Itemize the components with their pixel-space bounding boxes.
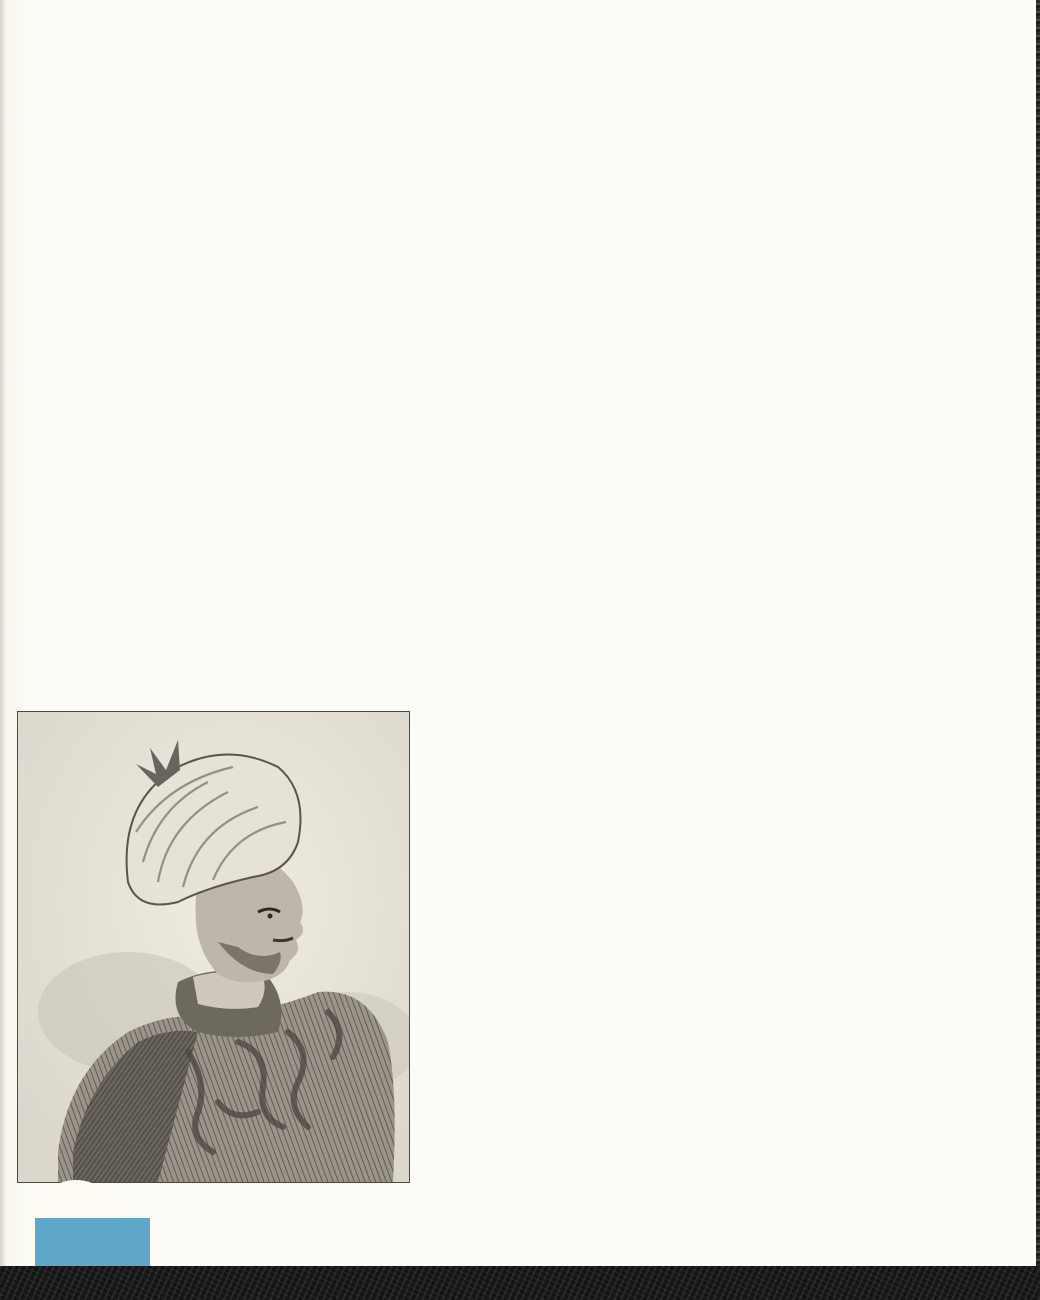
book-cover-leather	[0, 1266, 1040, 1300]
book-page	[0, 0, 1036, 1266]
gutter-shadow	[0, 0, 6, 1266]
book-cover-edge	[1036, 0, 1040, 1300]
portrait-illustration	[17, 711, 410, 1183]
sun-icon	[35, 1180, 150, 1266]
watermark	[0, 1180, 1036, 1266]
portrait-engraving-icon	[18, 712, 409, 1182]
